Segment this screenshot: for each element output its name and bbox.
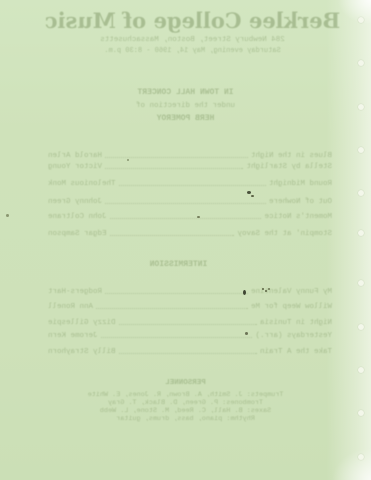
program-row: Willow Weep for Me Ann Ronell	[48, 303, 332, 311]
scanned-program-page: Berklee College of Music 284 Newbury Str…	[0, 0, 371, 480]
personnel-line: Trumpets: J. Smith, A. Brown, R. Jones, …	[0, 391, 371, 399]
program-row: Stompin' at the Savoy Edgar Sampson	[48, 230, 332, 238]
program-row-credit: Jerome Kern	[48, 332, 98, 340]
personnel-block: PERSONNEL Trumpets: J. Smith, A. Brown, …	[0, 379, 371, 423]
program-row: Blues in the Night Harold Arlen	[48, 152, 332, 160]
dotted-leader	[105, 168, 243, 169]
concert-line-3: HERB POMEROY	[0, 114, 371, 123]
intermission-label: INTERMISSION	[0, 260, 364, 269]
bleedthrough-layer: Berklee College of Music 284 Newbury Str…	[0, 0, 371, 480]
ink-speck	[127, 159, 129, 161]
program-row: Night in Tunisia Dizzy Gillespie	[48, 319, 332, 327]
ink-speck	[6, 214, 9, 217]
date-line: Saturday evening, May 14, 1960 - 8:30 p.…	[7, 47, 371, 55]
program-row-title: Out of Nowhere	[269, 198, 332, 206]
punch-hole	[358, 324, 364, 330]
program-row-title: Night in Tunisia	[260, 319, 332, 327]
ink-speck	[245, 332, 248, 335]
dotted-leader	[119, 185, 266, 186]
punch-hole	[358, 104, 364, 110]
program-row: Round Midnight Thelonious Monk	[48, 180, 332, 188]
personnel-line: Rhythm: piano, bass, drums, guitar	[0, 415, 371, 423]
program-row: Yesterdays (arr.) Jerome Kern	[48, 332, 332, 340]
dotted-leader	[110, 235, 235, 236]
program-row-credit: Harold Arlen	[48, 152, 102, 160]
ink-speck	[251, 195, 254, 197]
program-row: My Funny Valentine Rodgers-Hart	[48, 288, 332, 296]
punch-hole	[358, 17, 364, 23]
personnel-line: Trombones: P. Green, D. Black, T. Gray	[0, 399, 371, 407]
dotted-leader	[119, 324, 257, 325]
concert-line-1: IN TOWN HALL CONCERT	[0, 88, 371, 97]
program-row: Moment's Notice John Coltrane	[48, 213, 332, 221]
concert-line-2: under the direction of	[0, 102, 371, 110]
program-row-title: Stella by Starlight	[246, 163, 332, 171]
punch-hole	[358, 454, 364, 460]
concert-title-block: IN TOWN HALL CONCERT under the direction…	[0, 88, 371, 123]
program-row-title: Blues in the Night	[251, 152, 332, 160]
program-row: Take the A Train Billy Strayhorn	[48, 348, 332, 356]
college-wordmark: Berklee College of Music	[7, 9, 371, 32]
dotted-leader	[105, 293, 248, 294]
punch-hole	[358, 367, 364, 373]
program-row-credit: John Coltrane	[48, 213, 107, 221]
punch-hole	[358, 60, 364, 66]
dotted-leader	[119, 353, 257, 354]
program-row-title: Yesterdays (arr.)	[255, 332, 332, 340]
program-row: Out of Nowhere Johnny Green	[48, 198, 332, 206]
program-row-title: Willow Weep for Me	[251, 303, 332, 311]
dotted-leader	[101, 337, 253, 338]
program-row-credit: Victor Young	[48, 163, 102, 171]
ink-speck	[243, 290, 246, 295]
program-row-credit: Billy Strayhorn	[48, 348, 116, 356]
personnel-line: Saxes: B. Hall, C. Reed, M. Stone, L. We…	[0, 407, 371, 415]
dotted-leader	[105, 203, 266, 204]
program-row-credit: Edgar Sampson	[48, 230, 107, 238]
header-block: Berklee College of Music 284 Newbury Str…	[7, 9, 371, 55]
dotted-leader	[110, 218, 262, 219]
punch-hole	[358, 147, 364, 153]
dotted-leader	[96, 308, 248, 309]
ink-speck	[247, 191, 251, 194]
program-row-credit: Thelonious Monk	[48, 180, 116, 188]
punch-hole	[358, 410, 364, 416]
program-row-credit: Ann Ronell	[48, 303, 93, 311]
dotted-leader	[105, 157, 248, 158]
punch-hole	[358, 190, 364, 196]
program-row-credit: Rodgers-Hart	[48, 288, 102, 296]
address-line: 284 Newbury Street, Boston, Massachusett…	[7, 36, 371, 45]
program-row-title: Stompin' at the Savoy	[237, 230, 332, 238]
program-row-title: Take the A Train	[260, 348, 332, 356]
punch-hole	[358, 280, 364, 286]
ink-squiggle	[262, 288, 264, 290]
program-row-title: Moment's Notice	[264, 213, 332, 221]
program-row: Stella by Starlight Victor Young	[48, 163, 332, 171]
punch-hole	[358, 230, 364, 236]
personnel-heading: PERSONNEL	[0, 379, 371, 388]
program-row-title: Round Midnight	[269, 180, 332, 188]
program-row-credit: Dizzy Gillespie	[48, 319, 116, 327]
ink-speck	[197, 216, 200, 218]
program-row-credit: Johnny Green	[48, 198, 102, 206]
